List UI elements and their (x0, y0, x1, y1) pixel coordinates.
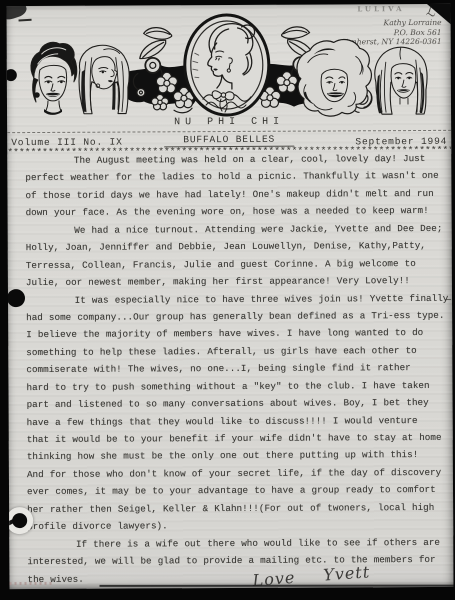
typewritten-line: commiserate with! The wives, no one...I,… (26, 359, 453, 379)
portrait-woman-1 (31, 42, 77, 115)
typewritten-line: her rather then Seigel, Keller & Klahn!!… (27, 499, 453, 519)
typewritten-line: Terressa, Collean, Francis, Julie and gu… (26, 254, 454, 274)
typewritten-line: We had a nice turnout. Attending were Ja… (26, 220, 454, 240)
typewritten-line: And for those who don't know of your sec… (27, 464, 454, 484)
typewritten-line: of those torid days we have had lately! … (25, 185, 453, 205)
portrait-woman-4 (375, 47, 428, 114)
typewritten-line: thinking how she must be the only one ou… (27, 446, 454, 466)
typewritten-line: It was especially nice to have three wiv… (26, 289, 454, 309)
typewritten-line: have a few things that they would like t… (27, 411, 454, 431)
punch-hole-middle (7, 289, 25, 307)
punch-hole-bottom (12, 513, 27, 528)
typewritten-line: had some company...Our group has general… (26, 307, 453, 327)
organization-title: NU PHI CHI (7, 116, 451, 129)
typewritten-line: hard to try to push something without a … (26, 376, 453, 396)
bottom-dotted-mark (9, 582, 53, 585)
body-text: The August meeting was held on a clear, … (25, 150, 453, 588)
typewritten-line: that it would be to your benefit if your… (27, 429, 454, 449)
chapter-name: BUFFALO BELLES (164, 134, 294, 148)
typewritten-line: part and listened to so many conversatio… (27, 394, 454, 414)
typewritten-line: Holly, Joan, Jenniffer and Debbie, Jean … (26, 237, 454, 257)
typewritten-line: something to help these ladies. Afterall… (26, 342, 453, 362)
cameo-illustration (185, 15, 270, 115)
masthead-illustration (14, 12, 450, 120)
newsletter-page: LULIVA ℒ Kathy LorraineP.O. Box 561Amher… (6, 4, 453, 589)
typewritten-line: The August meeting was held on a clear, … (25, 150, 453, 170)
typewritten-line: down your face. As the evening wore on, … (26, 202, 454, 222)
volume-number: Volume III No. IX (11, 137, 123, 149)
typewritten-line: interested, we will be glad to provide a… (27, 551, 453, 571)
typewritten-line: ever comes, it may be to your advantage … (27, 481, 454, 501)
scanned-newsletter-page: { "colors": { "paper": "#d9d8d4", "ink":… (0, 0, 455, 600)
portrait-woman-2 (79, 45, 129, 114)
typewritten-line: profile divorce lawyers). (27, 516, 453, 536)
typewritten-line: I believe the majority of members have w… (26, 324, 453, 344)
typewritten-line: Julie, oor newest member, making her fir… (26, 272, 454, 292)
typewritten-line: If there is a wife out there who would l… (27, 533, 453, 553)
page-edge-shadow (100, 585, 454, 587)
typewritten-line: perfect weather for the ladies to hold a… (25, 167, 453, 187)
